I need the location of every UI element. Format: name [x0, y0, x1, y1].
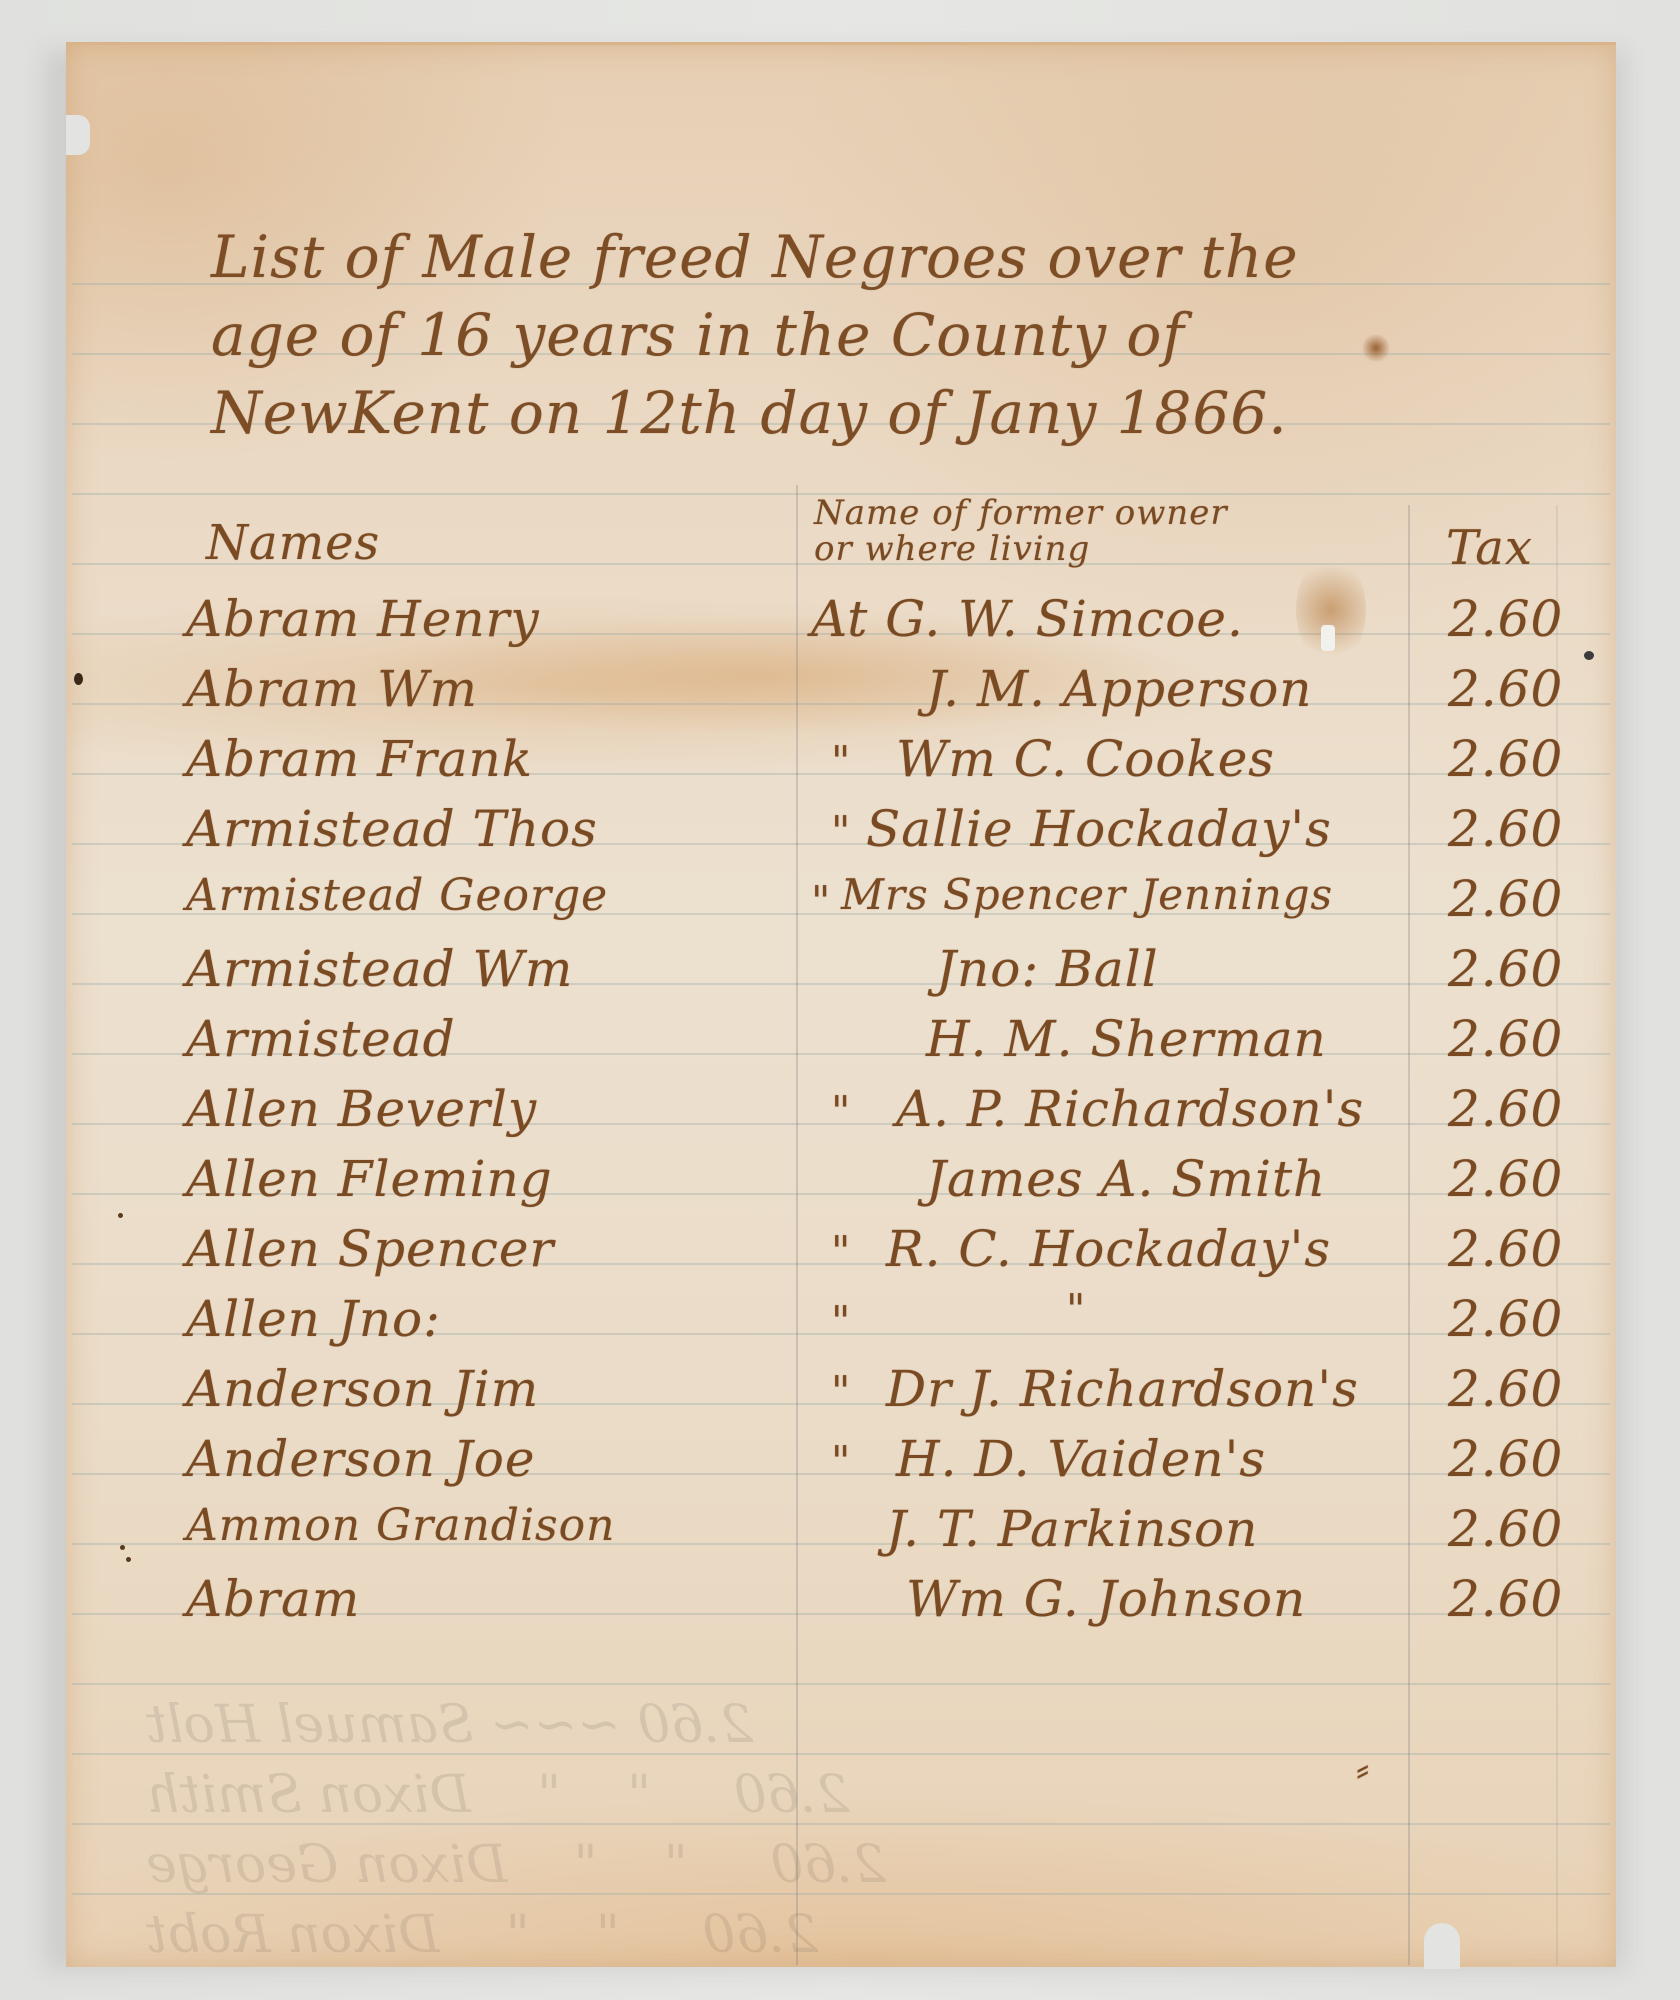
- row-owner: Wm G. Johnson: [906, 1570, 1306, 1628]
- bleed-through-text: 2.60 " " Dixon George: [146, 1835, 886, 1895]
- stain-spot: [1362, 333, 1390, 363]
- row-name: Armistead Wm: [186, 940, 573, 998]
- column-divider-owner: [796, 485, 798, 1965]
- row-owner: J. T. Parkinson: [886, 1500, 1258, 1558]
- row-tax: 2.60: [1448, 660, 1563, 718]
- row-name: Armistead: [186, 1010, 456, 1068]
- row-name: Abram Henry: [186, 590, 540, 648]
- column-divider-tax: [1408, 505, 1410, 1965]
- document-title-line-3: NewKent on 12th day of Jany 1866.: [211, 379, 1288, 447]
- column-header-owner-line-2: or where living: [814, 531, 1090, 567]
- row-ditto-mark: ": [831, 1437, 851, 1486]
- row-name: Abram: [186, 1570, 360, 1628]
- row-tax: 2.60: [1448, 590, 1563, 648]
- ruled-line: [72, 1683, 1610, 1685]
- row-tax: 2.60: [1448, 1010, 1563, 1068]
- row-owner: H. M. Sherman: [926, 1010, 1327, 1068]
- document-title-line-1: List of Male freed Negroes over the: [211, 223, 1299, 291]
- row-owner: Sallie Hockaday's: [866, 800, 1332, 858]
- row-ditto-mark: ": [831, 1367, 851, 1416]
- ink-speck: [126, 1557, 131, 1562]
- row-name: Armistead Thos: [186, 800, 598, 858]
- bleed-through-text: 2.60 ~~~ Samuel Holt: [146, 1695, 753, 1755]
- row-name: Anderson Joe: [186, 1430, 535, 1488]
- document-page: 2.60 ~~~ Samuel Holt 2.60 " " Dixon Smit…: [66, 42, 1616, 1967]
- row-ditto-mark: ": [831, 1087, 851, 1136]
- row-name: Allen Beverly: [186, 1080, 537, 1138]
- document-title-line-2: age of 16 years in the County of: [211, 301, 1185, 369]
- row-tax: 2.60: [1448, 1500, 1563, 1558]
- column-header-owner-line-1: Name of former owner: [814, 495, 1228, 531]
- row-owner: James A. Smith: [926, 1150, 1326, 1208]
- row-tax: 2.60: [1448, 1080, 1563, 1138]
- row-name: Anderson Jim: [186, 1360, 539, 1418]
- row-owner: A. P. Richardson's: [896, 1080, 1364, 1138]
- scan-background: 2.60 ~~~ Samuel Holt 2.60 " " Dixon Smit…: [0, 0, 1680, 2000]
- row-tax: 2.60: [1448, 940, 1563, 998]
- row-owner: Dr J. Richardson's: [886, 1360, 1359, 1418]
- row-owner: At G. W. Simcoe.: [811, 590, 1244, 648]
- row-ditto-mark: ": [811, 877, 831, 926]
- row-name: Ammon Grandison: [186, 1500, 615, 1551]
- row-tax: 2.60: [1448, 800, 1563, 858]
- row-tax: 2.60: [1448, 1430, 1563, 1488]
- row-tax: 2.60: [1448, 1290, 1563, 1348]
- ink-speck: [74, 673, 83, 685]
- row-ditto-mark: ": [831, 1227, 851, 1276]
- row-name: Armistead George: [186, 870, 608, 921]
- row-owner: H. D. Vaiden's: [896, 1430, 1266, 1488]
- row-tax: 2.60: [1448, 1570, 1563, 1628]
- pen-mark: ⸗: [1356, 1745, 1370, 1792]
- row-ditto-mark: ": [831, 1297, 851, 1346]
- row-owner-ditto: ": [1066, 1285, 1086, 1334]
- paper-notch: [1424, 1923, 1460, 1969]
- bleed-through-text: 2.60 " " Dixon Robt: [146, 1905, 818, 1965]
- ink-speck: [1584, 651, 1594, 660]
- row-owner: Wm C. Cookes: [896, 730, 1275, 788]
- bleed-through-text: 2.60 " " Dixon Smith: [146, 1765, 849, 1825]
- row-tax: 2.60: [1448, 1220, 1563, 1278]
- row-ditto-mark: ": [831, 737, 851, 786]
- row-tax: 2.60: [1448, 730, 1563, 788]
- column-header-tax: Tax: [1446, 520, 1533, 576]
- column-header-names: Names: [206, 515, 380, 571]
- row-name: Abram Wm: [186, 660, 478, 718]
- ink-speck: [118, 1213, 123, 1218]
- row-tax: 2.60: [1448, 870, 1563, 928]
- row-owner: Jno: Ball: [936, 940, 1159, 998]
- row-owner: Mrs Spencer Jennings: [841, 870, 1333, 919]
- paper-tear: [1321, 625, 1335, 651]
- ink-speck: [120, 1545, 125, 1550]
- row-tax: 2.60: [1448, 1150, 1563, 1208]
- paper-tear: [66, 115, 90, 155]
- row-ditto-mark: ": [831, 807, 851, 856]
- row-name: Abram Frank: [186, 730, 533, 788]
- row-name: Allen Spencer: [186, 1220, 554, 1278]
- row-name: Allen Fleming: [186, 1150, 553, 1208]
- row-owner: J. M. Apperson: [926, 660, 1313, 718]
- row-owner: R. C. Hockaday's: [886, 1220, 1331, 1278]
- row-tax: 2.60: [1448, 1360, 1563, 1418]
- row-name: Allen Jno:: [186, 1290, 441, 1348]
